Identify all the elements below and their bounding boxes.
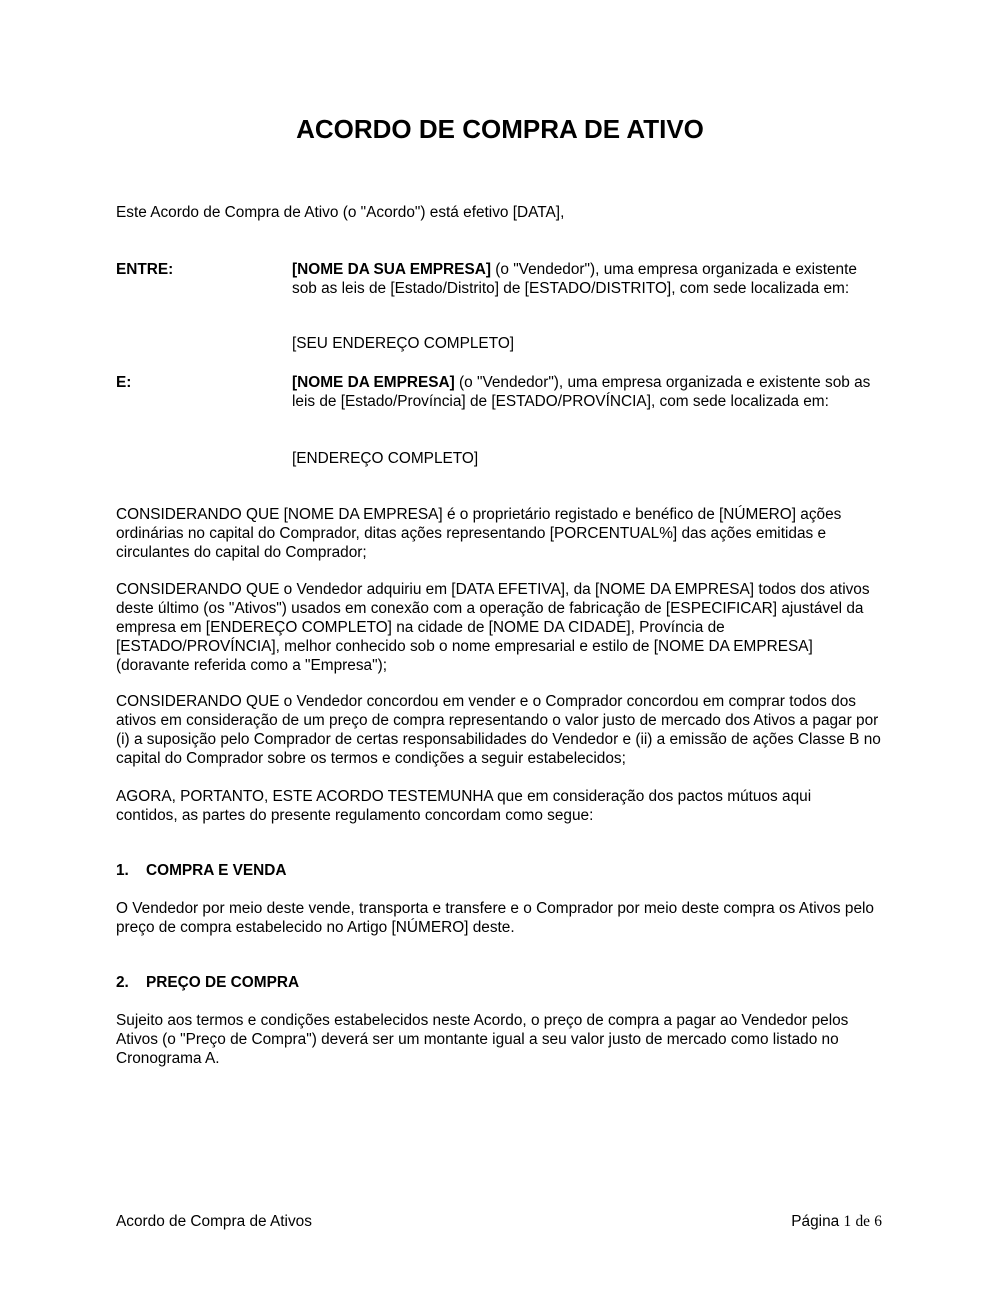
section-number-1: 1. (116, 861, 146, 880)
party-label-entre: ENTRE: (116, 260, 173, 279)
section-heading-1: 1.COMPRA E VENDA (116, 861, 287, 880)
section-number-2: 2. (116, 973, 146, 992)
document-page: ACORDO DE COMPRA DE ATIVO Este Acordo de… (0, 0, 1000, 1290)
party-name-1: [NOME DA SUA EMPRESA] (292, 261, 491, 278)
intro-paragraph: Este Acordo de Compra de Ativo (o "Acord… (116, 203, 896, 222)
page-total: 6 (874, 1213, 882, 1230)
party-name-2: [NOME DA EMPRESA] (292, 374, 455, 391)
section-body-2: Sujeito aos termos e condições estabelec… (116, 1011, 876, 1068)
recital-paragraph-3: CONSIDERANDO QUE o Vendedor concordou em… (116, 692, 891, 768)
party-description-1: [NOME DA SUA EMPRESA] (o "Vendedor"), um… (292, 260, 872, 298)
section-heading-2: 2.PREÇO DE COMPRA (116, 973, 299, 992)
footer-page-number: Página 1 de 6 (791, 1213, 882, 1231)
page-current: 1 (844, 1213, 852, 1230)
footer-document-title: Acordo de Compra de Ativos (116, 1213, 312, 1231)
section-title-1: COMPRA E VENDA (146, 862, 287, 879)
page-of: de (855, 1213, 870, 1230)
party-label-e: E: (116, 373, 131, 392)
section-title-2: PREÇO DE COMPRA (146, 974, 299, 991)
party-description-2: [NOME DA EMPRESA] (o "Vendedor"), uma em… (292, 373, 872, 411)
document-title: ACORDO DE COMPRA DE ATIVO (0, 114, 1000, 145)
party-address-2: [ENDEREÇO COMPLETO] (292, 449, 872, 468)
section-body-1: O Vendedor por meio deste vende, transpo… (116, 899, 876, 937)
recital-paragraph-2: CONSIDERANDO QUE o Vendedor adquiriu em … (116, 580, 886, 675)
party-address-1: [SEU ENDEREÇO COMPLETO] (292, 334, 872, 353)
page-label: Página (791, 1213, 839, 1230)
recital-paragraph-4: AGORA, PORTANTO, ESTE ACORDO TESTEMUNHA … (116, 787, 876, 825)
recital-paragraph-1: CONSIDERANDO QUE [NOME DA EMPRESA] é o p… (116, 505, 876, 562)
